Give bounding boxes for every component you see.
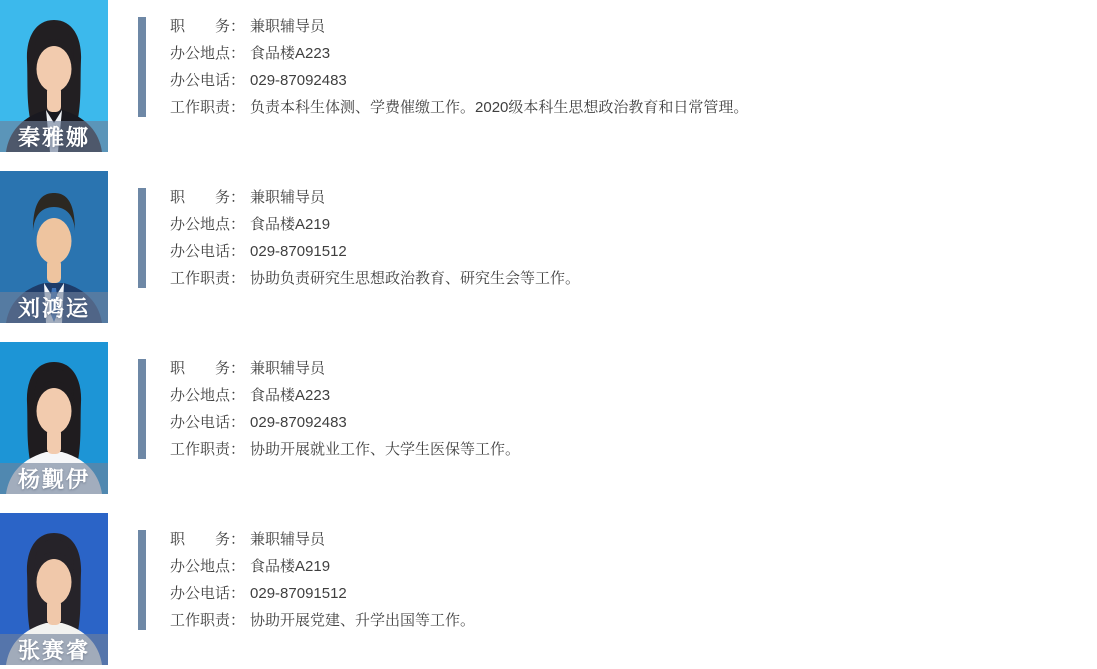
field-row-phone: 办公电话：029-87092483 xyxy=(170,409,520,436)
field-value: 协助开展党建、升学出国等工作。 xyxy=(250,612,475,629)
details-accent-bar xyxy=(138,359,146,459)
staff-details: 职 务：兼职辅导员 办公地点：食品楼A223 办公电话：029-87092483… xyxy=(138,0,748,121)
field-label: 职 务： xyxy=(170,531,245,548)
field-row-duties: 工作职责：负责本科生体测、学费催缴工作。2020级本科生思想政治教育和日常管理。 xyxy=(170,94,748,121)
field-row-phone: 办公电话：029-87092483 xyxy=(170,67,748,94)
field-label: 工作职责： xyxy=(170,612,245,629)
details-fields: 职 务：兼职辅导员 办公地点：食品楼A223 办公电话：029-87092483… xyxy=(170,0,748,121)
field-value: 029-87091512 xyxy=(250,585,347,602)
field-value: 兼职辅导员 xyxy=(250,18,325,35)
staff-card: 刘鸿运 职 务：兼职辅导员 办公地点：食品楼A219 办公电话：029-8709… xyxy=(0,171,1097,323)
staff-name: 杨觐伊 xyxy=(18,463,90,494)
staff-details: 职 务：兼职辅导员 办公地点：食品楼A219 办公电话：029-87091512… xyxy=(138,171,580,292)
field-value: 029-87091512 xyxy=(250,243,347,260)
staff-name: 刘鸿运 xyxy=(18,292,90,323)
field-label: 职 务： xyxy=(170,18,245,35)
staff-photo: 刘鸿运 xyxy=(0,171,108,323)
field-value: 协助开展就业工作、大学生医保等工作。 xyxy=(250,441,520,458)
field-label: 办公电话： xyxy=(170,243,245,260)
field-row-position: 职 务：兼职辅导员 xyxy=(170,355,520,382)
field-row-office: 办公地点：食品楼A219 xyxy=(170,211,580,238)
staff-name-overlay: 张赛睿 xyxy=(0,634,108,665)
field-label: 办公电话： xyxy=(170,72,245,89)
field-value: 029-87092483 xyxy=(250,72,347,89)
details-fields: 职 务：兼职辅导员 办公地点：食品楼A219 办公电话：029-87091512… xyxy=(170,513,475,634)
staff-name-overlay: 刘鸿运 xyxy=(0,292,108,323)
field-row-duties: 工作职责：协助开展就业工作、大学生医保等工作。 xyxy=(170,436,520,463)
staff-name-overlay: 杨觐伊 xyxy=(0,463,108,494)
field-value: 食品楼A223 xyxy=(250,45,330,62)
field-row-duties: 工作职责：协助负责研究生思想政治教育、研究生会等工作。 xyxy=(170,265,580,292)
field-value: 兼职辅导员 xyxy=(250,531,325,548)
details-accent-bar xyxy=(138,530,146,630)
field-row-phone: 办公电话：029-87091512 xyxy=(170,238,580,265)
staff-name: 张赛睿 xyxy=(18,634,90,665)
staff-details: 职 务：兼职辅导员 办公地点：食品楼A223 办公电话：029-87092483… xyxy=(138,342,520,463)
staff-card: 张赛睿 职 务：兼职辅导员 办公地点：食品楼A219 办公电话：029-8709… xyxy=(0,513,1097,665)
face-shape xyxy=(37,46,72,92)
staff-name-overlay: 秦雅娜 xyxy=(0,121,108,152)
field-label: 办公地点： xyxy=(170,216,245,233)
details-fields: 职 务：兼职辅导员 办公地点：食品楼A223 办公电话：029-87092483… xyxy=(170,342,520,463)
field-label: 工作职责： xyxy=(170,99,245,116)
staff-details: 职 务：兼职辅导员 办公地点：食品楼A219 办公电话：029-87091512… xyxy=(138,513,475,634)
face-shape xyxy=(37,218,72,264)
field-label: 工作职责： xyxy=(170,270,245,287)
field-value: 食品楼A219 xyxy=(250,216,330,233)
field-row-office: 办公地点：食品楼A223 xyxy=(170,382,520,409)
field-label: 办公电话： xyxy=(170,585,245,602)
field-label: 办公地点： xyxy=(170,45,245,62)
field-label: 职 务： xyxy=(170,360,245,377)
details-fields: 职 务：兼职辅导员 办公地点：食品楼A219 办公电话：029-87091512… xyxy=(170,171,580,292)
staff-photo: 秦雅娜 xyxy=(0,0,108,152)
details-accent-bar xyxy=(138,188,146,288)
field-label: 工作职责： xyxy=(170,441,245,458)
field-value: 兼职辅导员 xyxy=(250,360,325,377)
field-row-duties: 工作职责：协助开展党建、升学出国等工作。 xyxy=(170,607,475,634)
field-row-position: 职 务：兼职辅导员 xyxy=(170,184,580,211)
face-shape xyxy=(37,388,72,434)
details-accent-bar xyxy=(138,17,146,117)
field-value: 协助负责研究生思想政治教育、研究生会等工作。 xyxy=(250,270,580,287)
field-value: 食品楼A219 xyxy=(250,558,330,575)
staff-name: 秦雅娜 xyxy=(18,121,90,152)
staff-card: 秦雅娜 职 务：兼职辅导员 办公地点：食品楼A223 办公电话：029-8709… xyxy=(0,0,1097,152)
field-row-phone: 办公电话：029-87091512 xyxy=(170,580,475,607)
field-label: 办公地点： xyxy=(170,387,245,404)
field-label: 办公地点： xyxy=(170,558,245,575)
field-label: 职 务： xyxy=(170,189,245,206)
face-shape xyxy=(37,559,72,605)
field-label: 办公电话： xyxy=(170,414,245,431)
staff-card: 杨觐伊 职 务：兼职辅导员 办公地点：食品楼A223 办公电话：029-8709… xyxy=(0,342,1097,494)
staff-photo: 张赛睿 xyxy=(0,513,108,665)
field-value: 029-87092483 xyxy=(250,414,347,431)
field-row-office: 办公地点：食品楼A219 xyxy=(170,553,475,580)
field-value: 兼职辅导员 xyxy=(250,189,325,206)
field-row-office: 办公地点：食品楼A223 xyxy=(170,40,748,67)
field-row-position: 职 务：兼职辅导员 xyxy=(170,13,748,40)
field-row-position: 职 务：兼职辅导员 xyxy=(170,526,475,553)
field-value: 负责本科生体测、学费催缴工作。2020级本科生思想政治教育和日常管理。 xyxy=(250,99,748,116)
staff-photo: 杨觐伊 xyxy=(0,342,108,494)
field-value: 食品楼A223 xyxy=(250,387,330,404)
